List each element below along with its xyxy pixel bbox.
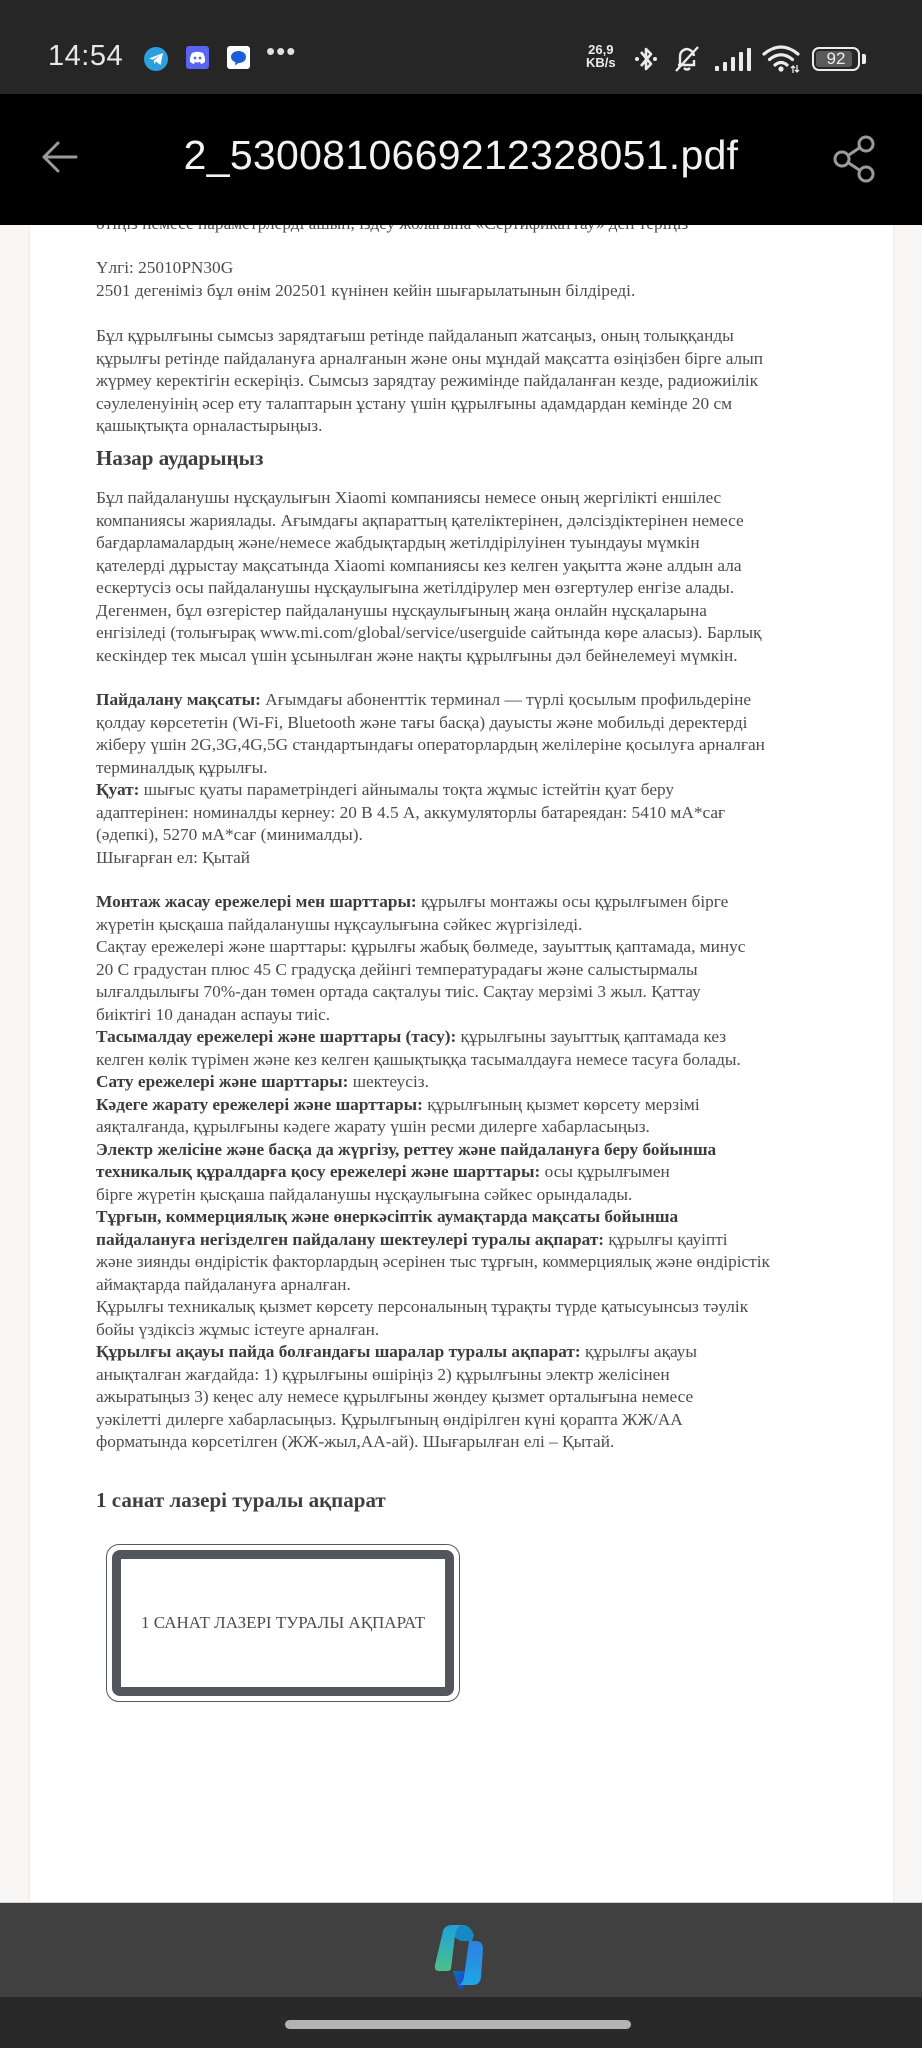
sale-label: Сату ережелері және шарттары:	[96, 1072, 348, 1091]
disposal-text: құрылғының қызмет көрсету мерзімі	[423, 1095, 700, 1114]
paragraph-line: және зиянды өндірістік факторлардың әсер…	[96, 1251, 770, 1274]
paragraph-line: Дегенмен, бұл өзгерістер пайдаланушы нұс…	[96, 600, 707, 623]
paragraph-line: қателерді дұрыстау мақсатында Xiaomi ком…	[96, 555, 742, 578]
usage-limits-text: құрылғы қауіпті	[604, 1230, 727, 1249]
installation-text: құрылғы монтажы осы құрылғымен бірге	[417, 892, 729, 911]
purpose-text: Ағымдағы абоненттік терминал — түрлі қос…	[261, 690, 751, 709]
paragraph-line: келген көлік түрімен және кез келген қаш…	[96, 1049, 741, 1072]
paragraph-line: жіберу үшін 2G,3G,4G,5G стандартындағы о…	[96, 734, 765, 757]
app-bar: 2_5300810669212328051.pdf	[0, 94, 922, 225]
usage-limits-label-line: Тұрғын, коммерциялық және өнеркәсіптік а…	[96, 1206, 678, 1229]
malfunction-text: құрылғы ақауы	[581, 1342, 697, 1361]
power-label: Қуат:	[96, 780, 139, 799]
malfunction-label: Құрылғы ақауы пайда болғандағы шаралар т…	[96, 1342, 581, 1361]
paragraph-line: адаптерінен: номиналды кернеу: 20 В 4.5 …	[96, 802, 725, 825]
paragraph-line: Бұл құрылғыны сымсыз зарядтағыш ретінде …	[96, 325, 734, 348]
purpose-line: Пайдалану мақсаты: Ағымдағы абоненттік т…	[96, 689, 751, 712]
network-speed: 26,9 KB/s	[586, 43, 616, 69]
paragraph-line: анықталған жағдайда: 1) құрылғыны өшірің…	[96, 1364, 670, 1387]
paragraph-line: қашықтықта орналастырыңыз.	[96, 415, 322, 438]
paragraph-line: ажыратыңыз 3) кеңес алу немесе құрылғыны…	[96, 1386, 693, 1409]
paragraph-line: қолдау көрсететін (Wi-Fi, Bluetooth және…	[96, 712, 747, 735]
paragraph-line: Бұл пайдаланушы нұсқаулығын Xiaomi компа…	[96, 487, 721, 510]
power-line: Қуат: шығыс қуаты параметріндегі айнымал…	[96, 779, 674, 802]
laser-label-text: 1 САНАТ ЛАЗЕРІ ТУРАЛЫ АҚПАРАТ	[141, 1613, 425, 1633]
document-title: 2_5300810669212328051.pdf	[120, 132, 802, 179]
cut-off-line: өтіңіз немесе параметрлерді ашып, іздеу …	[96, 225, 688, 236]
back-button[interactable]	[38, 134, 84, 180]
paragraph-line: кескіндер тек мысал үшін ұсынылған және …	[96, 645, 738, 668]
electrical-text: осы құрылғымен	[540, 1162, 669, 1181]
disposal-line: Кәдеге жарату ережелері және шарттары: қ…	[96, 1094, 700, 1117]
sale-text: шектеусіз.	[348, 1072, 429, 1091]
bell-off-icon	[672, 44, 702, 74]
discord-icon	[186, 46, 209, 69]
transport-text: құрылғыны зауыттық қаптамада кез	[456, 1027, 726, 1046]
origin-line: Шығарған ел: Қытай	[96, 847, 250, 870]
paragraph-line: Құрылғы техникалық қызмет көрсету персон…	[96, 1296, 748, 1319]
usage-limits-label: Тұрғын, коммерциялық және өнеркәсіптік а…	[96, 1207, 678, 1226]
malfunction-line: Құрылғы ақауы пайда болғандағы шаралар т…	[96, 1341, 697, 1364]
network-speed-unit: KB/s	[586, 56, 616, 69]
installation-label: Монтаж жасау ережелері мен шарттары:	[96, 892, 417, 911]
paragraph-line: аймақтарда пайдалануға арналған.	[96, 1274, 351, 1297]
usage-limits-label: пайдалануға негізделген пайдалану шектеу…	[96, 1230, 604, 1249]
paragraph-line: Сақтау ережелері және шарттары: құрылғы …	[96, 936, 745, 959]
bluetooth-icon	[632, 44, 660, 74]
paragraph-line: жүрмеу керектігін ескеріңіз. Сымсыз заря…	[96, 370, 758, 393]
notice-heading: Назар аударыңыз	[96, 447, 263, 470]
paragraph-line: компаниясы жариялады. Ағымдағы ақпаратты…	[96, 510, 744, 533]
paragraph-line: аяқталғанда, құрылғыны кәдеге жарату үші…	[96, 1116, 650, 1139]
wifi-icon	[762, 44, 802, 74]
paragraph-line: терминалдық құрылғы.	[96, 757, 268, 780]
pdf-page[interactable]: өтіңіз немесе параметрлерді ашып, іздеу …	[30, 225, 893, 1902]
signal-icon	[714, 48, 752, 72]
laser-heading: 1 санат лазері туралы ақпарат	[96, 1489, 386, 1512]
paragraph-line: ылғалдылығы 70%-дан төмен ортада сақталу…	[96, 981, 701, 1004]
paragraph-line: бағдарламалардың және/немесе жабдықтарды…	[96, 532, 700, 555]
purpose-label: Пайдалану мақсаты:	[96, 690, 261, 709]
share-icon	[832, 134, 880, 184]
power-text: шығыс қуаты параметріндегі айнымалы тоқт…	[139, 780, 674, 799]
paragraph-line: уәкілетті дилерге хабарласыңыз. Құрылғын…	[96, 1409, 683, 1432]
copilot-icon	[425, 1925, 497, 1989]
transport-label: Тасымалдау ережелері және шарттары (тасу…	[96, 1027, 456, 1046]
installation-line: Монтаж жасау ережелері мен шарттары: құр…	[96, 891, 728, 914]
laser-class-label: 1 САНАТ ЛАЗЕРІ ТУРАЛЫ АҚПАРАТ	[106, 1544, 460, 1702]
paragraph-line: сәулеленуінің әсер ету талаптарын ұстану…	[96, 393, 732, 416]
bottom-toolbar	[0, 1902, 922, 1998]
sale-line: Сату ережелері және шарттары: шектеусіз.	[96, 1071, 429, 1094]
usage-limits-line: пайдалануға негізделген пайдалану шектеу…	[96, 1229, 728, 1252]
electrical-label: техникалық құралдарға қосу ережелері жән…	[96, 1162, 540, 1181]
paragraph-line: ескертусіз осы пайдаланушы нұсқаулығына …	[96, 577, 734, 600]
battery-tip	[862, 54, 866, 64]
clock: 14:54	[48, 40, 123, 73]
disposal-label: Кәдеге жарату ережелері және шарттары:	[96, 1095, 423, 1114]
status-bar: 14:54 ••• 26,9 KB/s 92	[0, 0, 922, 94]
messages-icon	[227, 46, 250, 69]
paragraph-line: 20 С градустан плюс 45 С градусқа дейінг…	[96, 959, 698, 982]
paragraph-line: форматында көрсетілген (ЖЖ-жыл,АА-ай). Ш…	[96, 1431, 614, 1454]
date-code-line: 2501 дегеніміз бұл өнім 202501 күнінен к…	[96, 280, 635, 303]
arrow-left-icon	[38, 134, 84, 180]
paragraph-line: бойы үздіксіз жұмыс істеуге арналған.	[96, 1319, 379, 1342]
paragraph-line: құрылғы ретінде пайдалануға арналғанын ж…	[96, 348, 763, 371]
paragraph-line: (әдепкі), 5270 мА*сағ (минималды).	[96, 824, 363, 847]
model-line: Үлгі: 25010PN30G	[96, 257, 233, 280]
electrical-label: Электр желісіне және басқа да жүргізу, р…	[96, 1140, 716, 1159]
electrical-line: техникалық құралдарға қосу ережелері жән…	[96, 1161, 670, 1184]
paragraph-line: бірге жүретін қысқаша пайдаланушы нұсқау…	[96, 1184, 632, 1207]
battery-level: 92	[814, 49, 858, 68]
home-gesture-handle[interactable]	[285, 2020, 631, 2029]
transport-line: Тасымалдау ережелері және шарттары (тасу…	[96, 1026, 726, 1049]
share-button[interactable]	[832, 134, 880, 184]
telegram-icon	[144, 47, 168, 71]
laser-label-frame: 1 САНАТ ЛАЗЕРІ ТУРАЛЫ АҚПАРАТ	[112, 1550, 454, 1696]
system-navigation-bar	[0, 1997, 922, 2048]
paragraph-line: енгізіледі (толығырақ www.mi.com/global/…	[96, 622, 761, 645]
battery-indicator: 92	[812, 47, 860, 71]
paragraph-line: жүретін қысқаша пайдаланушы нұқсаулығына…	[96, 914, 582, 937]
electrical-label-line: Электр желісіне және басқа да жүргізу, р…	[96, 1139, 716, 1162]
paragraph-line: биіктігі 10 данадан аспауы тиіс.	[96, 1004, 330, 1027]
more-notifications-icon: •••	[266, 36, 296, 67]
copilot-button[interactable]	[425, 1925, 497, 1989]
